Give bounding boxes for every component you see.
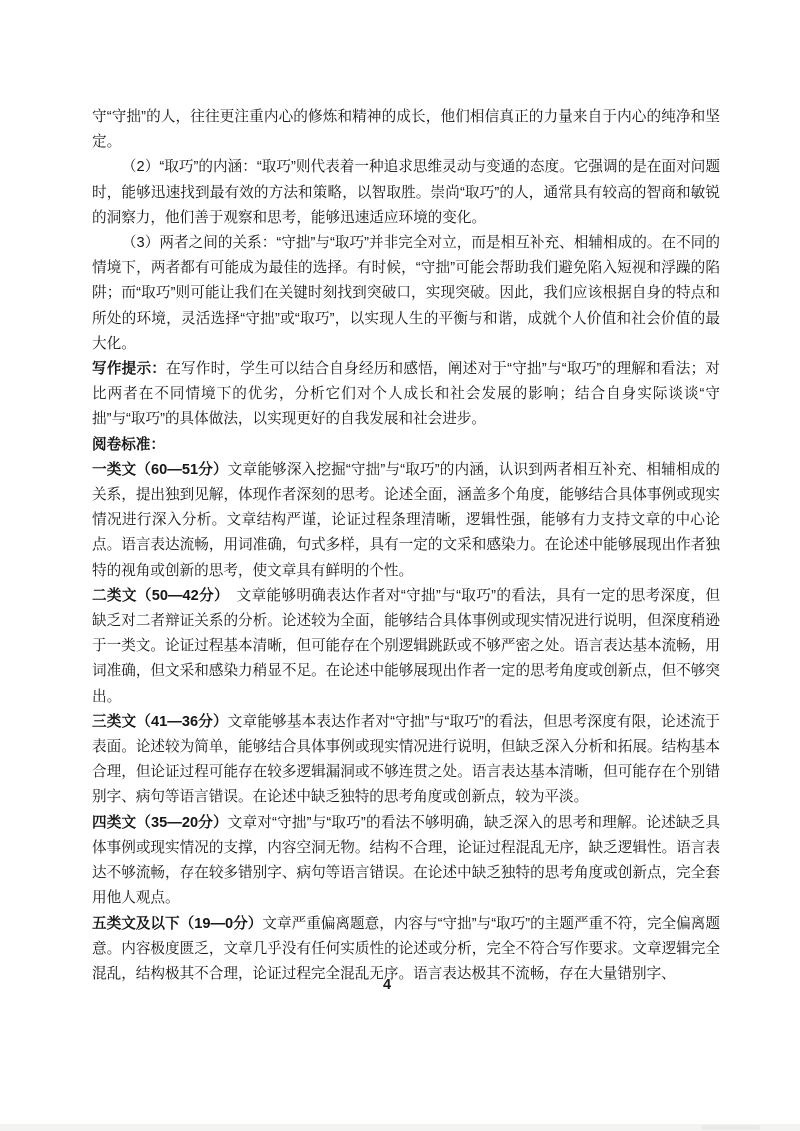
paragraph-lead: 二类文（50—42分）: [92, 588, 222, 604]
paragraph: 二类文（50—42分） 文章能够明确表达作者对“守拙”与“取巧”的看法，具有一定…: [92, 584, 720, 710]
paragraph-lead: 写作提示：: [92, 361, 166, 377]
paragraph: （3）两者之间的关系：“守拙”与“取巧”并非完全对立，而是相互补充、相辅相成的。…: [92, 231, 720, 357]
document-body: 守“守拙”的人，往往更注重内心的修炼和精神的成长，他们相信真正的力量来自于内心的…: [92, 105, 720, 987]
paragraph-lead: 三类文（41—36分）: [92, 714, 228, 730]
paragraph-lead: 五类文及以下（19—0分）: [92, 916, 262, 932]
paragraph: 五类文及以下（19—0分）文章严重偏离题意，内容与“守拙”与“取巧”的主题严重不…: [92, 912, 720, 988]
paragraph: （2）“取巧”的内涵：“取巧”则代表着一种追求思维灵动与变通的态度。它强调的是在…: [92, 155, 720, 231]
paragraph: 一类文（60—51分）文章能够深入挖掘“守拙”与“取巧”的内涵，认识到两者相互补…: [92, 458, 720, 584]
paragraph: 三类文（41—36分）文章能够基本表达作者对“守拙”与“取巧”的看法，但思考深度…: [92, 710, 720, 811]
paragraph-lead: 一类文（60—51分）: [92, 462, 228, 478]
paragraph: 写作提示：在写作时，学生可以结合自身经历和感悟，阐述对于“守拙”与“取巧”的理解…: [92, 357, 720, 433]
paragraph-lead: 阅卷标准：: [92, 437, 165, 453]
paragraph-lead: 四类文（35—20分）: [92, 815, 228, 831]
paragraph: 守“守拙”的人，往往更注重内心的修炼和精神的成长，他们相信真正的力量来自于内心的…: [92, 105, 720, 155]
document-page: 守“守拙”的人，往往更注重内心的修炼和精神的成长，他们相信真正的力量来自于内心的…: [0, 0, 800, 1131]
page-number: 4: [0, 977, 774, 993]
paragraph: 阅卷标准：: [92, 433, 720, 458]
scan-smudge-artifact: [702, 1125, 760, 1130]
paragraph: 四类文（35—20分）文章对“守拙”与“取巧”的看法不够明确，缺乏深入的思考和理…: [92, 811, 720, 912]
scan-edge-artifact: [0, 1124, 800, 1131]
